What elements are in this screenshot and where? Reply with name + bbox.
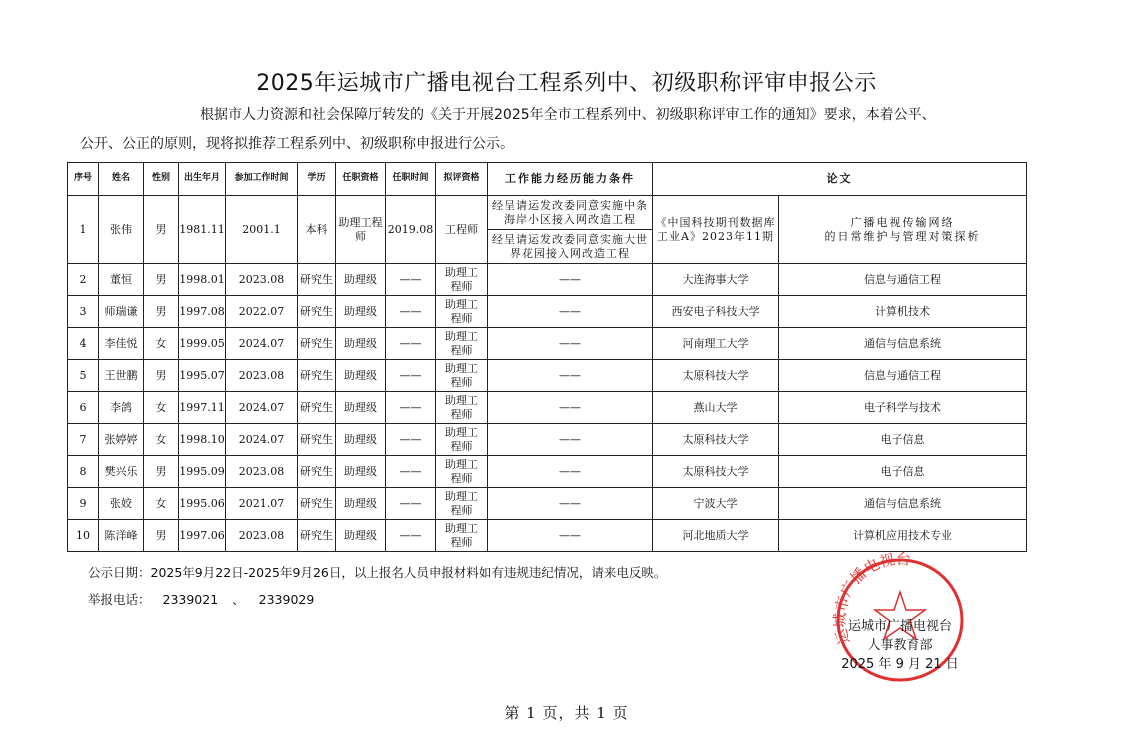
cell-birth: 1998.01 <box>179 264 226 296</box>
header-name: 姓名 <box>99 163 144 196</box>
header-birth: 出生年月 <box>179 163 226 196</box>
cell-university: 宁波大学 <box>653 488 779 520</box>
header-education: 学历 <box>298 163 336 196</box>
cell-education: 研究生 <box>298 296 336 328</box>
cell-birth: 1998.10 <box>179 424 226 456</box>
header-index: 序号 <box>68 163 99 196</box>
header-current-title: 任职资格 <box>336 163 386 196</box>
header-title-date: 任职时间 <box>386 163 436 196</box>
cell-university: 太原科技大学 <box>653 360 779 392</box>
cell-proposed-title: 助理工程师 <box>436 264 488 296</box>
cell-index: 7 <box>68 424 99 456</box>
cell-gender: 男 <box>144 296 179 328</box>
cell-major: 电子科学与技术 <box>779 392 1027 424</box>
cell-proposed-title: 助理工程师 <box>436 328 488 360</box>
cell-gender: 男 <box>144 360 179 392</box>
cell-title-date: —— <box>386 456 436 488</box>
cell-gender: 男 <box>144 196 179 264</box>
cell-work-start: 2023.08 <box>226 264 298 296</box>
cell-title-date: —— <box>386 392 436 424</box>
cell-condition: 经呈请运发改委同意实施中条海岸小区接入网改造工程 <box>488 196 653 230</box>
cell-major: 计算机技术 <box>779 296 1027 328</box>
signature-block: 运城市广播电视台 人事教育部 2025 年 9 月 21 日 <box>820 617 980 674</box>
cell-proposed-title: 助理工程师 <box>436 296 488 328</box>
cell-current-title: 助理级 <box>336 264 386 296</box>
cell-education: 研究生 <box>298 360 336 392</box>
paper-title-line1: 广播电视传输网络 <box>779 216 1026 230</box>
intro-paragraph-line1: 根据市人力资源和社会保障厅转发的《关于开展2025年全市工程系列中、初级职称评审… <box>200 104 936 124</box>
cell-birth: 1997.11 <box>179 392 226 424</box>
signature-dept: 人事教育部 <box>820 636 980 655</box>
cell-index: 6 <box>68 392 99 424</box>
cell-gender: 女 <box>144 328 179 360</box>
cell-title-date: 2019.08 <box>386 196 436 264</box>
cell-title-date: —— <box>386 360 436 392</box>
cell-conditions: —— <box>488 328 653 360</box>
cell-birth: 1995.07 <box>179 360 226 392</box>
cell-university: 西安电子科技大学 <box>653 296 779 328</box>
cell-conditions: —— <box>488 424 653 456</box>
cell-conditions: —— <box>488 456 653 488</box>
cell-conditions: —— <box>488 488 653 520</box>
cell-education: 研究生 <box>298 424 336 456</box>
cell-education: 研究生 <box>298 264 336 296</box>
paper-title-line2: 的日常维护与管理对策探析 <box>779 230 1026 244</box>
cell-proposed-title: 助理工程师 <box>436 488 488 520</box>
document-title: 2025年运城市广播电视台工程系列中、初级职称评审申报公示 <box>0 66 1133 97</box>
cell-name: 李佳悦 <box>99 328 144 360</box>
table-row: 9张姣女1995.062021.07研究生助理级——助理工程师——宁波大学通信与… <box>68 488 1027 520</box>
cell-gender: 女 <box>144 488 179 520</box>
cell-university: 河北地质大学 <box>653 520 779 552</box>
cell-work-start: 2024.07 <box>226 424 298 456</box>
header-paper: 论文 <box>653 163 1027 196</box>
cell-major: 通信与信息系统 <box>779 488 1027 520</box>
cell-index: 5 <box>68 360 99 392</box>
cell-conditions: —— <box>488 520 653 552</box>
header-proposed-title: 拟评资格 <box>436 163 488 196</box>
cell-condition: 经呈请运发改委同意实施大世界花园接入网改造工程 <box>488 230 653 264</box>
cell-current-title: 助理级 <box>336 296 386 328</box>
cell-name: 张婷婷 <box>99 424 144 456</box>
table-row: 3师瑞谦男1997.082022.07研究生助理级——助理工程师——西安电子科技… <box>68 296 1027 328</box>
cell-current-title: 助理级 <box>336 488 386 520</box>
cell-university: 燕山大学 <box>653 392 779 424</box>
phone-number-2: 2339029 <box>259 592 315 607</box>
cell-title-date: —— <box>386 488 436 520</box>
cell-current-title: 助理级 <box>336 520 386 552</box>
phone-number-1: 2339021 <box>163 592 219 607</box>
cell-major: 计算机应用技术专业 <box>779 520 1027 552</box>
table-row: 8樊兴乐男1995.092023.08研究生助理级——助理工程师——太原科技大学… <box>68 456 1027 488</box>
intro-paragraph-line2: 公开、公正的原则，现将拟推荐工程系列中、初级职称申报进行公示。 <box>80 133 514 153</box>
table-header-row: 序号 姓名 性别 出生年月 参加工作时间 学历 任职资格 任职时间 拟评资格 工… <box>68 163 1027 196</box>
cell-current-title: 助理级 <box>336 360 386 392</box>
cell-major: 信息与通信工程 <box>779 264 1027 296</box>
cell-proposed-title: 助理工程师 <box>436 424 488 456</box>
header-gender: 性别 <box>144 163 179 196</box>
cell-title-date: —— <box>386 520 436 552</box>
cell-major: 通信与信息系统 <box>779 328 1027 360</box>
header-conditions: 工作能力经历能力条件 <box>488 163 653 196</box>
table-row: 1 张伟 男 1981.11 2001.1 本科 助理工程师 2019.08 工… <box>68 196 1027 230</box>
cell-education: 研究生 <box>298 456 336 488</box>
table-row: 5王世鹏男1995.072023.08研究生助理级——助理工程师——太原科技大学… <box>68 360 1027 392</box>
cell-title-date: —— <box>386 424 436 456</box>
cell-university: 河南理工大学 <box>653 328 779 360</box>
cell-current-title: 助理级 <box>336 392 386 424</box>
cell-name: 李鸽 <box>99 392 144 424</box>
cell-title-date: —— <box>386 296 436 328</box>
cell-proposed-title: 助理工程师 <box>436 360 488 392</box>
cell-proposed-title: 助理工程师 <box>436 520 488 552</box>
cell-conditions: —— <box>488 392 653 424</box>
cell-index: 3 <box>68 296 99 328</box>
phone-label: 举报电话： <box>88 592 151 607</box>
cell-education: 研究生 <box>298 520 336 552</box>
cell-current-title: 助理级 <box>336 456 386 488</box>
phone-line: 举报电话： 2339021 、 2339029 <box>88 590 314 608</box>
cell-index: 1 <box>68 196 99 264</box>
applicants-table: 序号 姓名 性别 出生年月 参加工作时间 学历 任职资格 任职时间 拟评资格 工… <box>67 162 1027 552</box>
signature-date: 2025 年 9 月 21 日 <box>820 655 980 674</box>
cell-index: 8 <box>68 456 99 488</box>
cell-education: 研究生 <box>298 488 336 520</box>
cell-index: 10 <box>68 520 99 552</box>
cell-work-start: 2024.07 <box>226 392 298 424</box>
table-row: 4李佳悦女1999.052024.07研究生助理级——助理工程师——河南理工大学… <box>68 328 1027 360</box>
cell-current-title: 助理工程师 <box>336 196 386 264</box>
phone-separator: 、 <box>232 592 245 607</box>
cell-university: 太原科技大学 <box>653 424 779 456</box>
cell-university: 大连海事大学 <box>653 264 779 296</box>
cell-paper-title: 广播电视传输网络 的日常维护与管理对策探析 <box>779 196 1027 264</box>
cell-gender: 女 <box>144 392 179 424</box>
cell-name: 师瑞谦 <box>99 296 144 328</box>
cell-proposed-title: 工程师 <box>436 196 488 264</box>
cell-proposed-title: 助理工程师 <box>436 392 488 424</box>
cell-work-start: 2022.07 <box>226 296 298 328</box>
cell-birth: 1997.08 <box>179 296 226 328</box>
cell-name: 陈洋峰 <box>99 520 144 552</box>
cell-work-start: 2023.08 <box>226 456 298 488</box>
cell-proposed-title: 助理工程师 <box>436 456 488 488</box>
cell-gender: 女 <box>144 424 179 456</box>
signature-org: 运城市广播电视台 <box>820 617 980 636</box>
cell-birth: 1995.09 <box>179 456 226 488</box>
page-number: 第 1 页，共 1 页 <box>0 702 1133 723</box>
table-row: 2董恒男1998.012023.08研究生助理级——助理工程师——大连海事大学信… <box>68 264 1027 296</box>
cell-title-date: —— <box>386 264 436 296</box>
cell-education: 研究生 <box>298 392 336 424</box>
cell-work-start: 2023.08 <box>226 360 298 392</box>
cell-conditions: —— <box>488 360 653 392</box>
cell-education: 研究生 <box>298 328 336 360</box>
cell-work-start: 2021.07 <box>226 488 298 520</box>
cell-work-start: 2001.1 <box>226 196 298 264</box>
cell-index: 2 <box>68 264 99 296</box>
cell-index: 4 <box>68 328 99 360</box>
cell-conditions: —— <box>488 296 653 328</box>
cell-name: 张伟 <box>99 196 144 264</box>
cell-work-start: 2023.08 <box>226 520 298 552</box>
cell-name: 张姣 <box>99 488 144 520</box>
cell-birth: 1999.05 <box>179 328 226 360</box>
cell-name: 王世鹏 <box>99 360 144 392</box>
cell-education: 本科 <box>298 196 336 264</box>
cell-birth: 1981.11 <box>179 196 226 264</box>
cell-name: 樊兴乐 <box>99 456 144 488</box>
cell-title-date: —— <box>386 328 436 360</box>
cell-major: 电子信息 <box>779 424 1027 456</box>
cell-conditions: —— <box>488 264 653 296</box>
header-work-start: 参加工作时间 <box>226 163 298 196</box>
cell-current-title: 助理级 <box>336 424 386 456</box>
table-row: 10陈洋峰男1997.062023.08研究生助理级——助理工程师——河北地质大… <box>68 520 1027 552</box>
cell-birth: 1995.06 <box>179 488 226 520</box>
notice-text: 公示日期：2025年9月22日-2025年9月26日，以上报名人员申报材料如有违… <box>88 563 666 581</box>
cell-major: 信息与通信工程 <box>779 360 1027 392</box>
table-row: 6李鸽女1997.112024.07研究生助理级——助理工程师——燕山大学电子科… <box>68 392 1027 424</box>
cell-journal: 《中国科技期刊数据库工业A》2023年11期 <box>653 196 779 264</box>
cell-university: 太原科技大学 <box>653 456 779 488</box>
cell-gender: 男 <box>144 456 179 488</box>
cell-name: 董恒 <box>99 264 144 296</box>
cell-work-start: 2024.07 <box>226 328 298 360</box>
cell-current-title: 助理级 <box>336 328 386 360</box>
table-row: 7张婷婷女1998.102024.07研究生助理级——助理工程师——太原科技大学… <box>68 424 1027 456</box>
cell-index: 9 <box>68 488 99 520</box>
cell-gender: 男 <box>144 264 179 296</box>
cell-major: 电子信息 <box>779 456 1027 488</box>
cell-birth: 1997.06 <box>179 520 226 552</box>
cell-gender: 男 <box>144 520 179 552</box>
